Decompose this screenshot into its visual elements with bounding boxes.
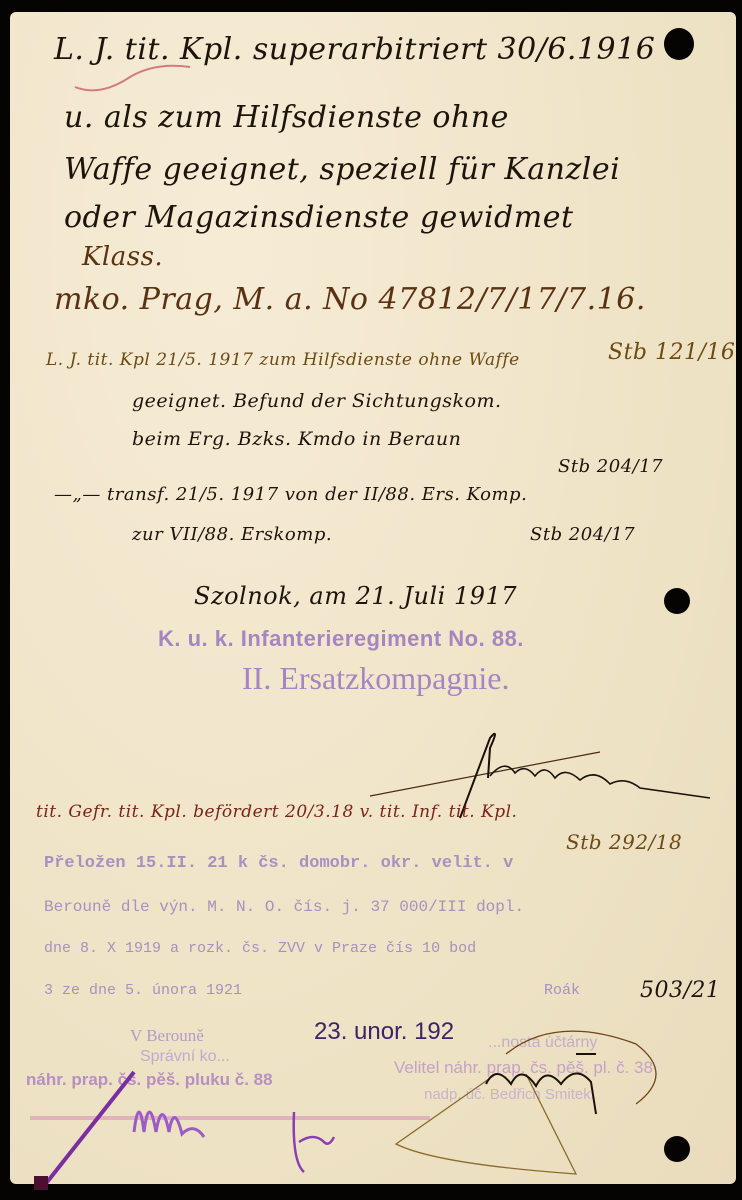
entry4-line1: tit. Gefr. tit. Kpl. befördert 20/3.18 v… bbox=[36, 802, 517, 822]
entry2-ref1: Stb 121/16 bbox=[608, 340, 735, 365]
transfer-stamp-line3: dne 8. X 1919 a rozk. čs. ZVV v Praze čí… bbox=[44, 940, 476, 957]
regiment-stamp-line1: K. u. k. Infanterieregiment No. 88. bbox=[158, 626, 524, 652]
place-stamp: V Berouně bbox=[130, 1026, 204, 1046]
entry1-line6: mko. Prag, M. a. No 47812/7/17/7.16. bbox=[54, 282, 646, 317]
regiment-stamp-line2: II. Ersatzkompagnie. bbox=[242, 660, 509, 697]
entry2-line2: geeignet. Befund der Sichtungskom. bbox=[132, 390, 502, 412]
transfer-stamp-line1: Přeložen 15.II. 21 k čs. domobr. okr. ve… bbox=[44, 854, 513, 873]
transfer-stamp-signature: Roák bbox=[544, 982, 580, 999]
punch-hole-middle bbox=[664, 588, 690, 614]
place-date: Szolnok, am 21. Juli 1917 bbox=[194, 582, 517, 610]
entry3-line1: —„— transf. 21/5. 1917 von der II/88. Er… bbox=[54, 484, 527, 505]
entry2-line1: L. J. tit. Kpl 21/5. 1917 zum Hilfsdiens… bbox=[46, 350, 520, 370]
entry2-line3: beim Erg. Bzks. Kmdo in Beraun bbox=[132, 428, 461, 450]
entry1-line1: L. J. tit. Kpl. superarbitriert 30/6.191… bbox=[54, 32, 655, 67]
punch-hole-top bbox=[664, 28, 694, 60]
record-card: L. J. tit. Kpl. superarbitriert 30/6.191… bbox=[10, 12, 736, 1184]
entry2-ref2: Stb 204/17 bbox=[558, 456, 663, 477]
entry3-line2: zur VII/88. Erskomp. bbox=[132, 524, 332, 545]
transfer-stamp-line4: 3 ze dne 5. února 1921 bbox=[44, 982, 242, 999]
entry3-ref: Stb 204/17 bbox=[530, 524, 635, 545]
signature-purple bbox=[24, 1052, 364, 1192]
entry1-line2: u. als zum Hilfsdienste ohne bbox=[64, 100, 509, 135]
signature-smitek bbox=[376, 1014, 696, 1184]
entry1-line3: Waffe geeignet, speziell für Kanzlei bbox=[64, 152, 620, 187]
entry1-line4: oder Magazinsdienste gewidmet bbox=[64, 200, 574, 235]
entry1-line5: Klass. bbox=[82, 242, 163, 272]
entry4-ref: Stb 292/18 bbox=[566, 830, 682, 854]
transfer-stamp-line2: Berouně dle výn. M. N. O. čís. j. 37 000… bbox=[44, 898, 524, 916]
reference-503: 503/21 bbox=[640, 978, 720, 1003]
